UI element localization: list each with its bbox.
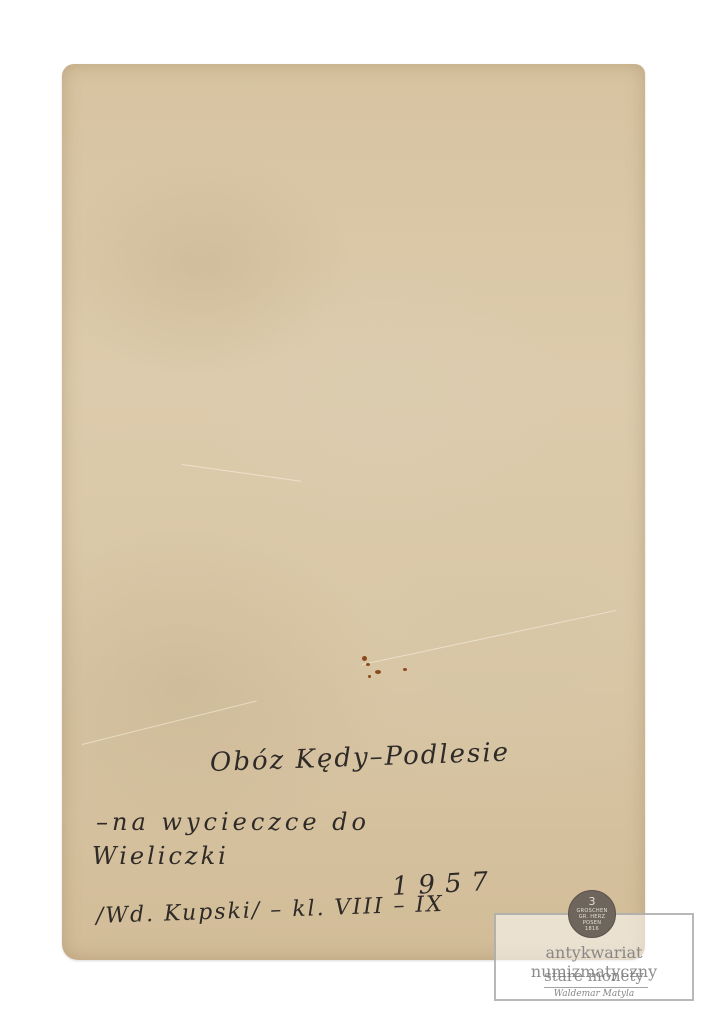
rust-stain bbox=[368, 675, 371, 678]
crease-mark bbox=[82, 700, 257, 745]
coin-logo-icon: 3 GROSCHEN GR. HERZ POSEN 1816 bbox=[568, 890, 616, 938]
crease-mark bbox=[182, 464, 301, 482]
watermark-owner: Waldemar Matyla bbox=[496, 989, 692, 999]
coin-denomination: 3 bbox=[569, 896, 615, 907]
inscription-line-2: –na wycieczce do bbox=[96, 808, 370, 836]
coin-text: 1816 bbox=[569, 926, 615, 932]
watermark-divider bbox=[544, 987, 648, 988]
inscription-line-3: Wieliczki bbox=[92, 842, 229, 870]
rust-stain bbox=[366, 663, 370, 666]
crease-mark bbox=[362, 610, 617, 665]
rust-stain bbox=[362, 656, 367, 661]
rust-stain bbox=[375, 670, 381, 674]
watermark-subtitle: stare monety bbox=[496, 967, 692, 985]
rust-stain bbox=[403, 668, 407, 671]
